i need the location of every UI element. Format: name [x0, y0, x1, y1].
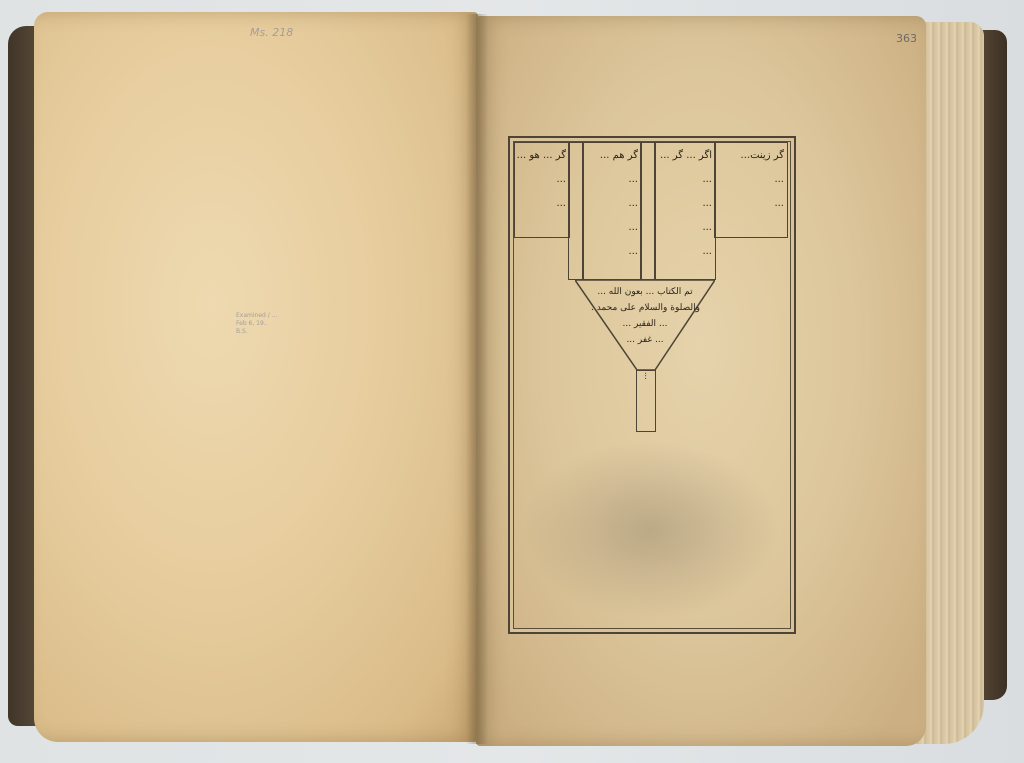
column-text: گر زینت......... — [716, 144, 784, 234]
column-text: گر هم ... ............ — [584, 144, 638, 276]
shelfmark-note: Ms. 218 — [250, 26, 293, 39]
stamp-line: B.S. — [236, 328, 277, 336]
stamp-line: Feb 6, 19.. — [236, 320, 277, 328]
water-stain — [520, 440, 780, 620]
left-page — [34, 12, 478, 742]
spine-gutter — [466, 14, 488, 744]
stem-text: ... — [638, 372, 652, 428]
colophon-text: تم الکتاب ... بعون الله ... والصلوة والس… — [590, 284, 700, 364]
column-text: گر ... هو ......... — [516, 144, 566, 234]
examination-stamp: Examined / ... Feb 6, 19.. B.S. — [236, 312, 277, 336]
column-text: اگر ... گر ............... — [656, 144, 712, 276]
folio-number: 363 — [896, 32, 917, 45]
stamp-line: Examined / ... — [236, 312, 277, 320]
